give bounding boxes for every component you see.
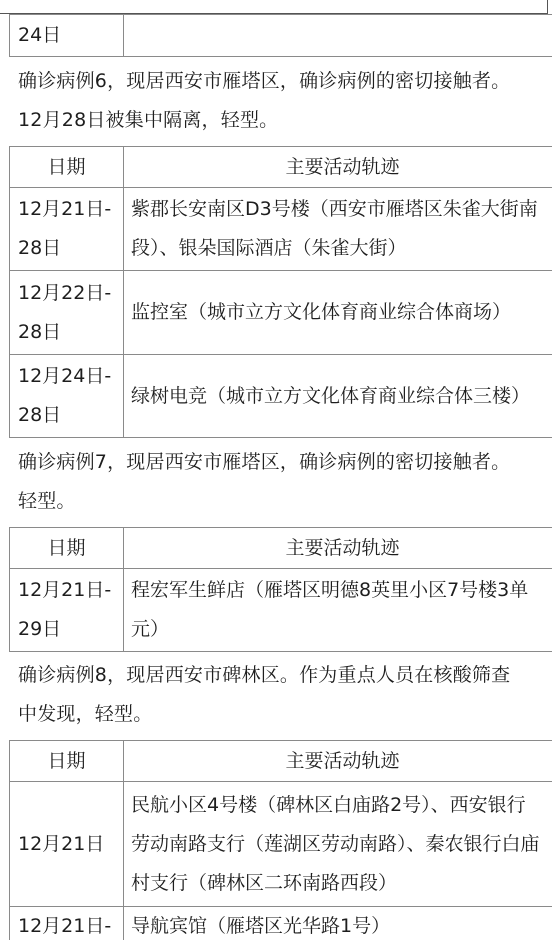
activity-cell: 紫郡长安南区D3号楼（西安市雁塔区朱雀大街南段）、银朵国际酒店（朱雀大街） xyxy=(124,188,552,271)
date-cell: 12月21日- xyxy=(10,907,124,940)
table-row: 24日 xyxy=(10,15,552,57)
case-6-line-2: 12月28日被集中隔离，轻型。 xyxy=(18,109,278,131)
activity-cell: 绿树电竞（城市立方文化体育商业综合体三楼） xyxy=(124,355,552,438)
activity-header: 主要活动轨迹 xyxy=(124,528,552,569)
date-cell: 12月21日-29日 xyxy=(10,569,124,652)
previous-content-frame xyxy=(0,0,548,14)
date-header: 日期 xyxy=(10,147,124,188)
case-6-trajectory-table: 日期 主要活动轨迹 12月21日-28日 紫郡长安南区D3号楼（西安市雁塔区朱雀… xyxy=(9,146,552,438)
activity-cell: 程宏军生鲜店（雁塔区明德8英里小区7号楼3单元） xyxy=(124,569,552,652)
activity-cell: 导航宾馆（雁塔区光华路1号） xyxy=(124,907,552,940)
case-6-description: 确诊病例6，现居西安市雁塔区，确诊病例的密切接触者。12月28日被集中隔离，轻型… xyxy=(18,62,548,140)
activity-cell: 民航小区4号楼（碑林区白庙路2号）、西安银行劳动南路支行（莲湖区劳动南路）、秦农… xyxy=(124,782,552,907)
date-cell: 12月21日-28日 xyxy=(10,188,124,271)
case-8-trajectory-table: 日期 主要活动轨迹 12月21日 民航小区4号楼（碑林区白庙路2号）、西安银行劳… xyxy=(9,740,552,940)
case-7-line-1: 确诊病例7，现居西安市雁塔区，确诊病例的密切接触者。 xyxy=(18,451,510,473)
case-8-line-1: 确诊病例8，现居西安市碑林区。作为重点人员在核酸筛查 xyxy=(18,664,510,686)
date-header: 日期 xyxy=(10,528,124,569)
activity-cell: 监控室（城市立方文化体育商业综合体商场） xyxy=(124,271,552,355)
case-7-description: 确诊病例7，现居西安市雁塔区，确诊病例的密切接触者。轻型。 xyxy=(18,443,548,521)
table-row: 12月24日-28日 绿树电竞（城市立方文化体育商业综合体三楼） xyxy=(10,355,552,438)
activity-header: 主要活动轨迹 xyxy=(124,741,552,782)
table-row: 12月21日- 导航宾馆（雁塔区光华路1号） xyxy=(10,907,552,940)
activity-cell xyxy=(124,15,552,57)
table-row: 12月21日-28日 紫郡长安南区D3号楼（西安市雁塔区朱雀大街南段）、银朵国际… xyxy=(10,188,552,271)
table-row: 12月22日-28日 监控室（城市立方文化体育商业综合体商场） xyxy=(10,271,552,355)
date-cell: 12月22日-28日 xyxy=(10,271,124,355)
case-7-line-2: 轻型。 xyxy=(18,490,76,512)
case-8-description: 确诊病例8，现居西安市碑林区。作为重点人员在核酸筛查中发现，轻型。 xyxy=(18,656,548,734)
table-row: 12月21日-29日 程宏军生鲜店（雁塔区明德8英里小区7号楼3单元） xyxy=(10,569,552,652)
date-cell: 12月24日-28日 xyxy=(10,355,124,438)
activity-header: 主要活动轨迹 xyxy=(124,147,552,188)
case-6-line-1: 确诊病例6，现居西安市雁塔区，确诊病例的密切接触者。 xyxy=(18,70,510,92)
previous-trajectory-table: 24日 xyxy=(9,14,552,57)
case-8-line-2: 中发现，轻型。 xyxy=(18,703,152,725)
table-header-row: 日期 主要活动轨迹 xyxy=(10,741,552,782)
date-cell: 24日 xyxy=(10,15,124,57)
case-7-trajectory-table: 日期 主要活动轨迹 12月21日-29日 程宏军生鲜店（雁塔区明德8英里小区7号… xyxy=(9,527,552,652)
table-header-row: 日期 主要活动轨迹 xyxy=(10,528,552,569)
date-header: 日期 xyxy=(10,741,124,782)
date-cell: 12月21日 xyxy=(10,782,124,907)
table-header-row: 日期 主要活动轨迹 xyxy=(10,147,552,188)
table-row: 12月21日 民航小区4号楼（碑林区白庙路2号）、西安银行劳动南路支行（莲湖区劳… xyxy=(10,782,552,907)
